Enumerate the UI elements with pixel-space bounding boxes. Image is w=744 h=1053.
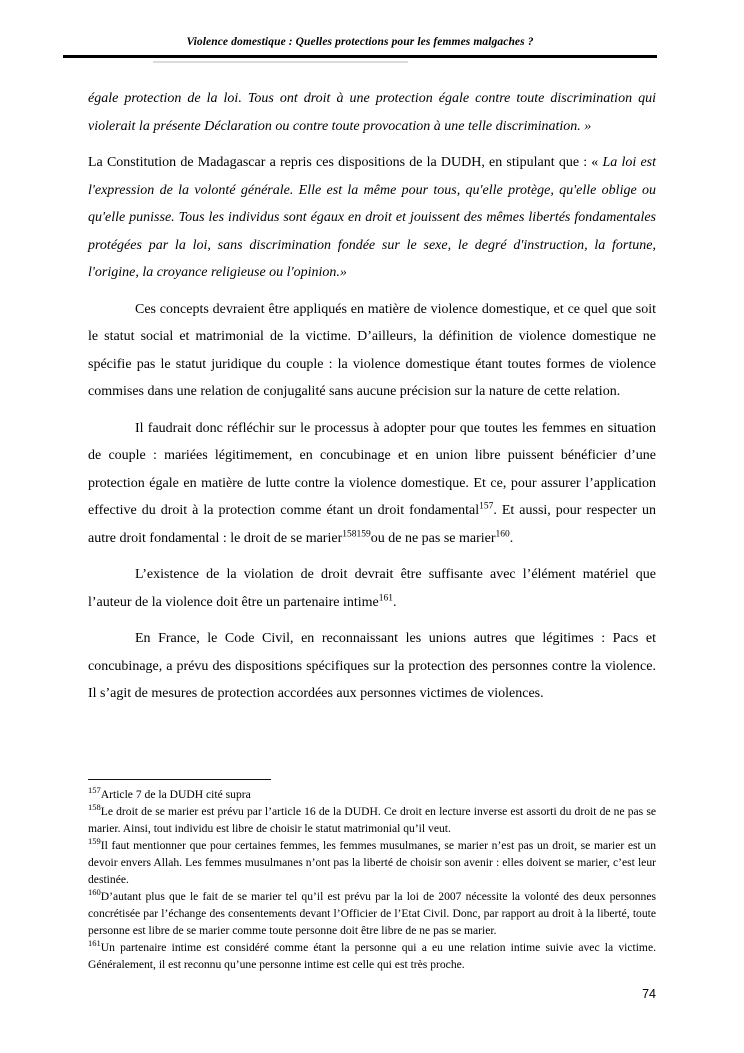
paragraph-constitution: La Constitution de Madagascar a repris c… [88,149,656,287]
footnote-157: 157Article 7 de la DUDH cité supra [88,786,656,803]
violation-text-1: L’existence de la violation de droit dev… [88,567,656,610]
footnote-separator [88,779,271,780]
footnote-161: 161Un partenaire intime est considéré co… [88,939,656,973]
constitution-quote-text: La loi est l'expression de la volonté gé… [88,155,656,280]
footnote-ref-158-159: 158159 [342,529,371,539]
footnote-text: D’autant plus que le fait de se marier t… [88,890,656,937]
running-head-title: Violence domestique : Quelles protection… [63,36,657,48]
document-page: Violence domestique : Quelles protection… [0,0,744,1053]
footnote-number: 161 [88,938,101,948]
paragraph-violation: L’existence de la violation de droit dev… [88,561,656,616]
page-number: 74 [88,986,656,1003]
footnote-number: 158 [88,802,101,812]
footnote-159: 159Il faut mentionner que pour certaines… [88,837,656,888]
page-header: Violence domestique : Quelles protection… [63,36,657,58]
paragraph-dudh-quote: égale protection de la loi. Tous ont dro… [88,85,656,140]
page-body: égale protection de la loi. Tous ont dro… [88,85,656,717]
footnote-number: 157 [88,785,101,795]
constitution-lead-text: La Constitution de Madagascar a repris c… [88,155,603,170]
footnote-number: 159 [88,836,101,846]
footnote-number: 160 [88,887,101,897]
violation-text-2: . [393,595,397,610]
footnote-ref-157: 157 [479,501,493,511]
footnote-160: 160D’autant plus que le fait de se marie… [88,888,656,939]
footnote-158: 158Le droit de se marier est prévu par l… [88,803,656,837]
header-rule-scan-echo [153,61,408,63]
processus-text-3: ou de ne pas se marier [371,531,496,546]
footnote-text: Un partenaire intime est considéré comme… [88,941,656,971]
paragraph-concepts: Ces concepts devraient être appliqués en… [88,296,656,406]
paragraph-france-code-civil: En France, le Code Civil, en reconnaissa… [88,625,656,708]
footnotes-section: 157Article 7 de la DUDH cité supra 158Le… [88,779,656,1003]
footnote-text: Le droit de se marier est prévu par l’ar… [88,805,656,835]
footnote-text: Il faut mentionner que pour certaines fe… [88,839,656,886]
footnote-text: Article 7 de la DUDH cité supra [101,788,251,801]
footnote-ref-161: 161 [379,593,393,603]
paragraph-processus: Il faudrait donc réfléchir sur le proces… [88,415,656,553]
footnote-ref-160: 160 [496,529,510,539]
processus-text-4: . [510,531,514,546]
